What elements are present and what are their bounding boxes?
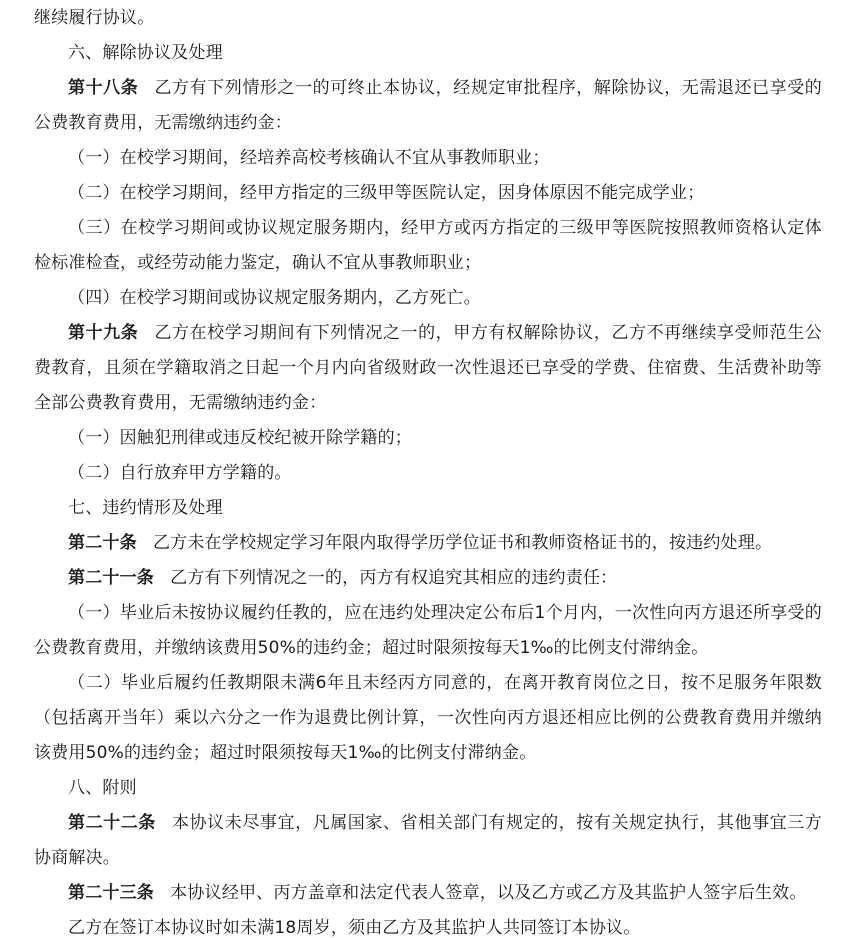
list-item-paragraph: （二）自行放弃甲方学籍的。: [34, 456, 822, 491]
paragraph-text: （四）在校学习期间或协议规定服务期内，乙方死亡。: [68, 288, 481, 308]
paragraph-text: 七、违约情形及处理: [68, 498, 223, 518]
section-heading: 八、附则: [34, 771, 822, 806]
list-item-paragraph: （四）在校学习期间或协议规定服务期内，乙方死亡。: [34, 281, 822, 316]
paragraph-text: （二）在校学习期间，经甲方指定的三级甲等医院认定，因身体原因不能完成学业；: [68, 183, 704, 203]
clause-paragraph: 第二十三条本协议经甲、丙方盖章和法定代表人签章，以及乙方或乙方及其监护人签字后生…: [34, 876, 822, 911]
paragraph-text: 乙方有下列情况之一的，丙方有权追究其相应的违约责任：: [170, 568, 617, 588]
paragraph-text: （一）毕业后未按协议履约任教的，应在违约处理决定公布后1个月内，一次性向丙方退还…: [34, 603, 822, 658]
paragraph-text: 六、解除协议及处理: [68, 43, 223, 63]
paragraph-text: 乙方有下列情形之一的可终止本协议，经规定审批程序，解除协议，无需退还已享受的公费…: [34, 78, 822, 133]
clause-number: 第十九条: [68, 323, 138, 343]
body-paragraph: 乙方在签订本协议时如未满18周岁，须由乙方及其监护人共同签订本协议。: [34, 911, 822, 938]
list-item-paragraph: （一）因触犯刑律或违反校纪被开除学籍的；: [34, 421, 822, 456]
clause-paragraph: 第十八条乙方有下列情形之一的可终止本协议，经规定审批程序，解除协议，无需退还已享…: [34, 71, 822, 141]
list-item-paragraph: （一）在校学习期间，经培养高校考核确认不宜从事教师职业；: [34, 141, 822, 176]
clause-paragraph: 第二十条乙方未在学校规定学习年限内取得学历学位证书和教师资格证书的，按违约处理。: [34, 526, 822, 561]
paragraph-text: （三）在校学习期间或协议规定服务期内，经甲方或丙方指定的三级甲等医院按照教师资格…: [34, 218, 822, 273]
document-page: 继续履行协议。六、解除协议及处理第十八条乙方有下列情形之一的可终止本协议，经规定…: [0, 0, 855, 938]
paragraph-text: 乙方在校学习期间有下列情况之一的，甲方有权解除协议，乙方不再继续享受师范生公费教…: [34, 323, 822, 413]
clause-paragraph: 第二十一条乙方有下列情况之一的，丙方有权追究其相应的违约责任：: [34, 561, 822, 596]
section-heading: 七、违约情形及处理: [34, 491, 822, 526]
paragraph-text: 乙方在签订本协议时如未满18周岁，须由乙方及其监护人共同签订本协议。: [68, 918, 640, 938]
paragraph-text: （二）自行放弃甲方学籍的。: [68, 463, 292, 483]
document-body: 继续履行协议。六、解除协议及处理第十八条乙方有下列情形之一的可终止本协议，经规定…: [34, 1, 822, 938]
list-item-paragraph: （一）毕业后未按协议履约任教的，应在违约处理决定公布后1个月内，一次性向丙方退还…: [34, 596, 822, 666]
clause-number: 第二十一条: [68, 568, 154, 588]
paragraph-text: （二）毕业后履约任教期限未满6年且未经丙方同意的，在离开教育岗位之日，按不足服务…: [34, 673, 822, 763]
paragraph-text: 继续履行协议。: [34, 8, 154, 28]
clause-number: 第二十三条: [68, 883, 154, 903]
paragraph-text: （一）因触犯刑律或违反校纪被开除学籍的；: [68, 428, 412, 448]
list-item-paragraph: （二）在校学习期间，经甲方指定的三级甲等医院认定，因身体原因不能完成学业；: [34, 176, 822, 211]
clause-paragraph: 第二十二条本协议未尽事宜，凡属国家、省相关部门有规定的，按有关规定执行，其他事宜…: [34, 806, 822, 876]
clause-number: 第二十二条: [68, 813, 156, 833]
paragraph-text: 本协议经甲、丙方盖章和法定代表人签章，以及乙方或乙方及其监护人签字后生效。: [170, 883, 806, 903]
clause-paragraph: 第十九条乙方在校学习期间有下列情况之一的，甲方有权解除协议，乙方不再继续享受师范…: [34, 316, 822, 421]
list-item-paragraph: （二）毕业后履约任教期限未满6年且未经丙方同意的，在离开教育岗位之日，按不足服务…: [34, 666, 822, 771]
paragraph-text: 八、附则: [68, 778, 137, 798]
paragraph-text: （一）在校学习期间，经培养高校考核确认不宜从事教师职业；: [68, 148, 550, 168]
clause-number: 第二十条: [68, 533, 137, 553]
body-paragraph: 继续履行协议。: [34, 1, 822, 36]
paragraph-text: 乙方未在学校规定学习年限内取得学历学位证书和教师资格证书的，按违约处理。: [153, 533, 772, 553]
section-heading: 六、解除协议及处理: [34, 36, 822, 71]
list-item-paragraph: （三）在校学习期间或协议规定服务期内，经甲方或丙方指定的三级甲等医院按照教师资格…: [34, 211, 822, 281]
clause-number: 第十八条: [68, 78, 138, 98]
